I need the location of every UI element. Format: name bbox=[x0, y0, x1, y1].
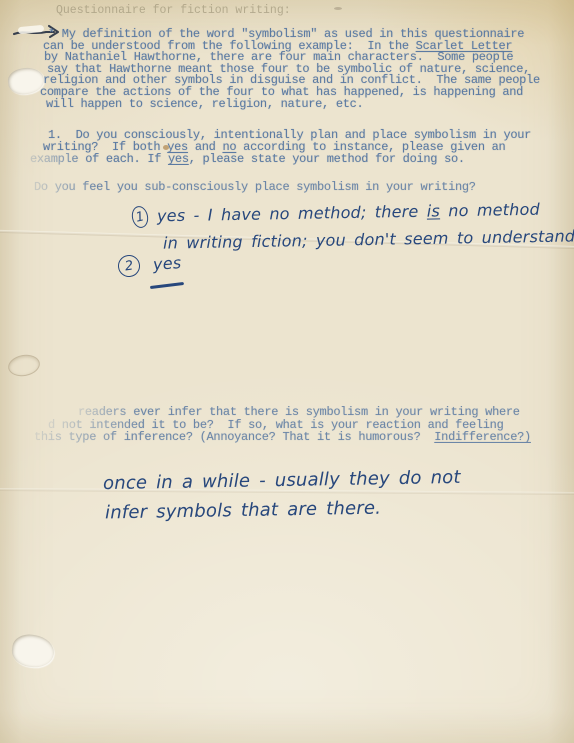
question1-line-2: writing? If both yes and no according to… bbox=[43, 141, 505, 153]
intro-line-7: will happen to science, religion, nature… bbox=[46, 98, 363, 110]
handwritten-underline bbox=[150, 282, 184, 289]
handwritten-text: no method bbox=[440, 200, 540, 221]
handwritten-answer-1-line-2: in writing fiction; you don't seem to un… bbox=[163, 226, 574, 252]
punch-hole bbox=[6, 352, 41, 378]
paper-mark bbox=[334, 7, 342, 10]
question2-line-3: this type of inference? (Annoyance? That… bbox=[34, 431, 531, 443]
circled-number: 1 bbox=[130, 205, 150, 230]
underlined-indifference: Indifference?) bbox=[434, 430, 531, 444]
punch-hole bbox=[10, 632, 56, 670]
question1-line-3-text: example of each. If bbox=[30, 152, 168, 166]
circled-number: 2 bbox=[117, 254, 142, 279]
question1-line-3-text: , please state your method for doing so. bbox=[189, 152, 465, 166]
underlined-no: no bbox=[222, 140, 236, 154]
handwritten-underlined-is: is bbox=[427, 201, 441, 220]
question1-subquestion: Do you feel you sub-consciously place sy… bbox=[34, 181, 476, 193]
document-page: Questionnaire for fiction writing: * My … bbox=[0, 0, 574, 743]
question2-line-3-text: this type of inference? (Annoyance? That… bbox=[34, 430, 434, 444]
question2-line-2: d not intended it to be? If so, what is … bbox=[48, 419, 503, 431]
handwritten-answer-2: yes bbox=[152, 253, 182, 274]
question1-line-2-text: writing? If both bbox=[43, 140, 167, 154]
handwritten-text: yes - I have no method; there bbox=[157, 202, 427, 226]
question2-line-1: readers ever infer that there is symboli… bbox=[78, 406, 520, 418]
underlined-yes: yes bbox=[168, 152, 189, 166]
question1-line-2-text: and bbox=[188, 140, 223, 154]
question1-line-3: example of each. If yes, please state yo… bbox=[30, 153, 465, 165]
page-title: Questionnaire for fiction writing: bbox=[56, 5, 291, 17]
handwritten-answer-1-line-1: yes - I have no method; there is no meth… bbox=[157, 200, 540, 226]
underlined-yes: yes bbox=[167, 140, 188, 154]
handwritten-answer-3-line-2: infer symbols that are there. bbox=[105, 498, 381, 524]
question1-line-2-text: according to instance, please given an bbox=[236, 140, 505, 154]
